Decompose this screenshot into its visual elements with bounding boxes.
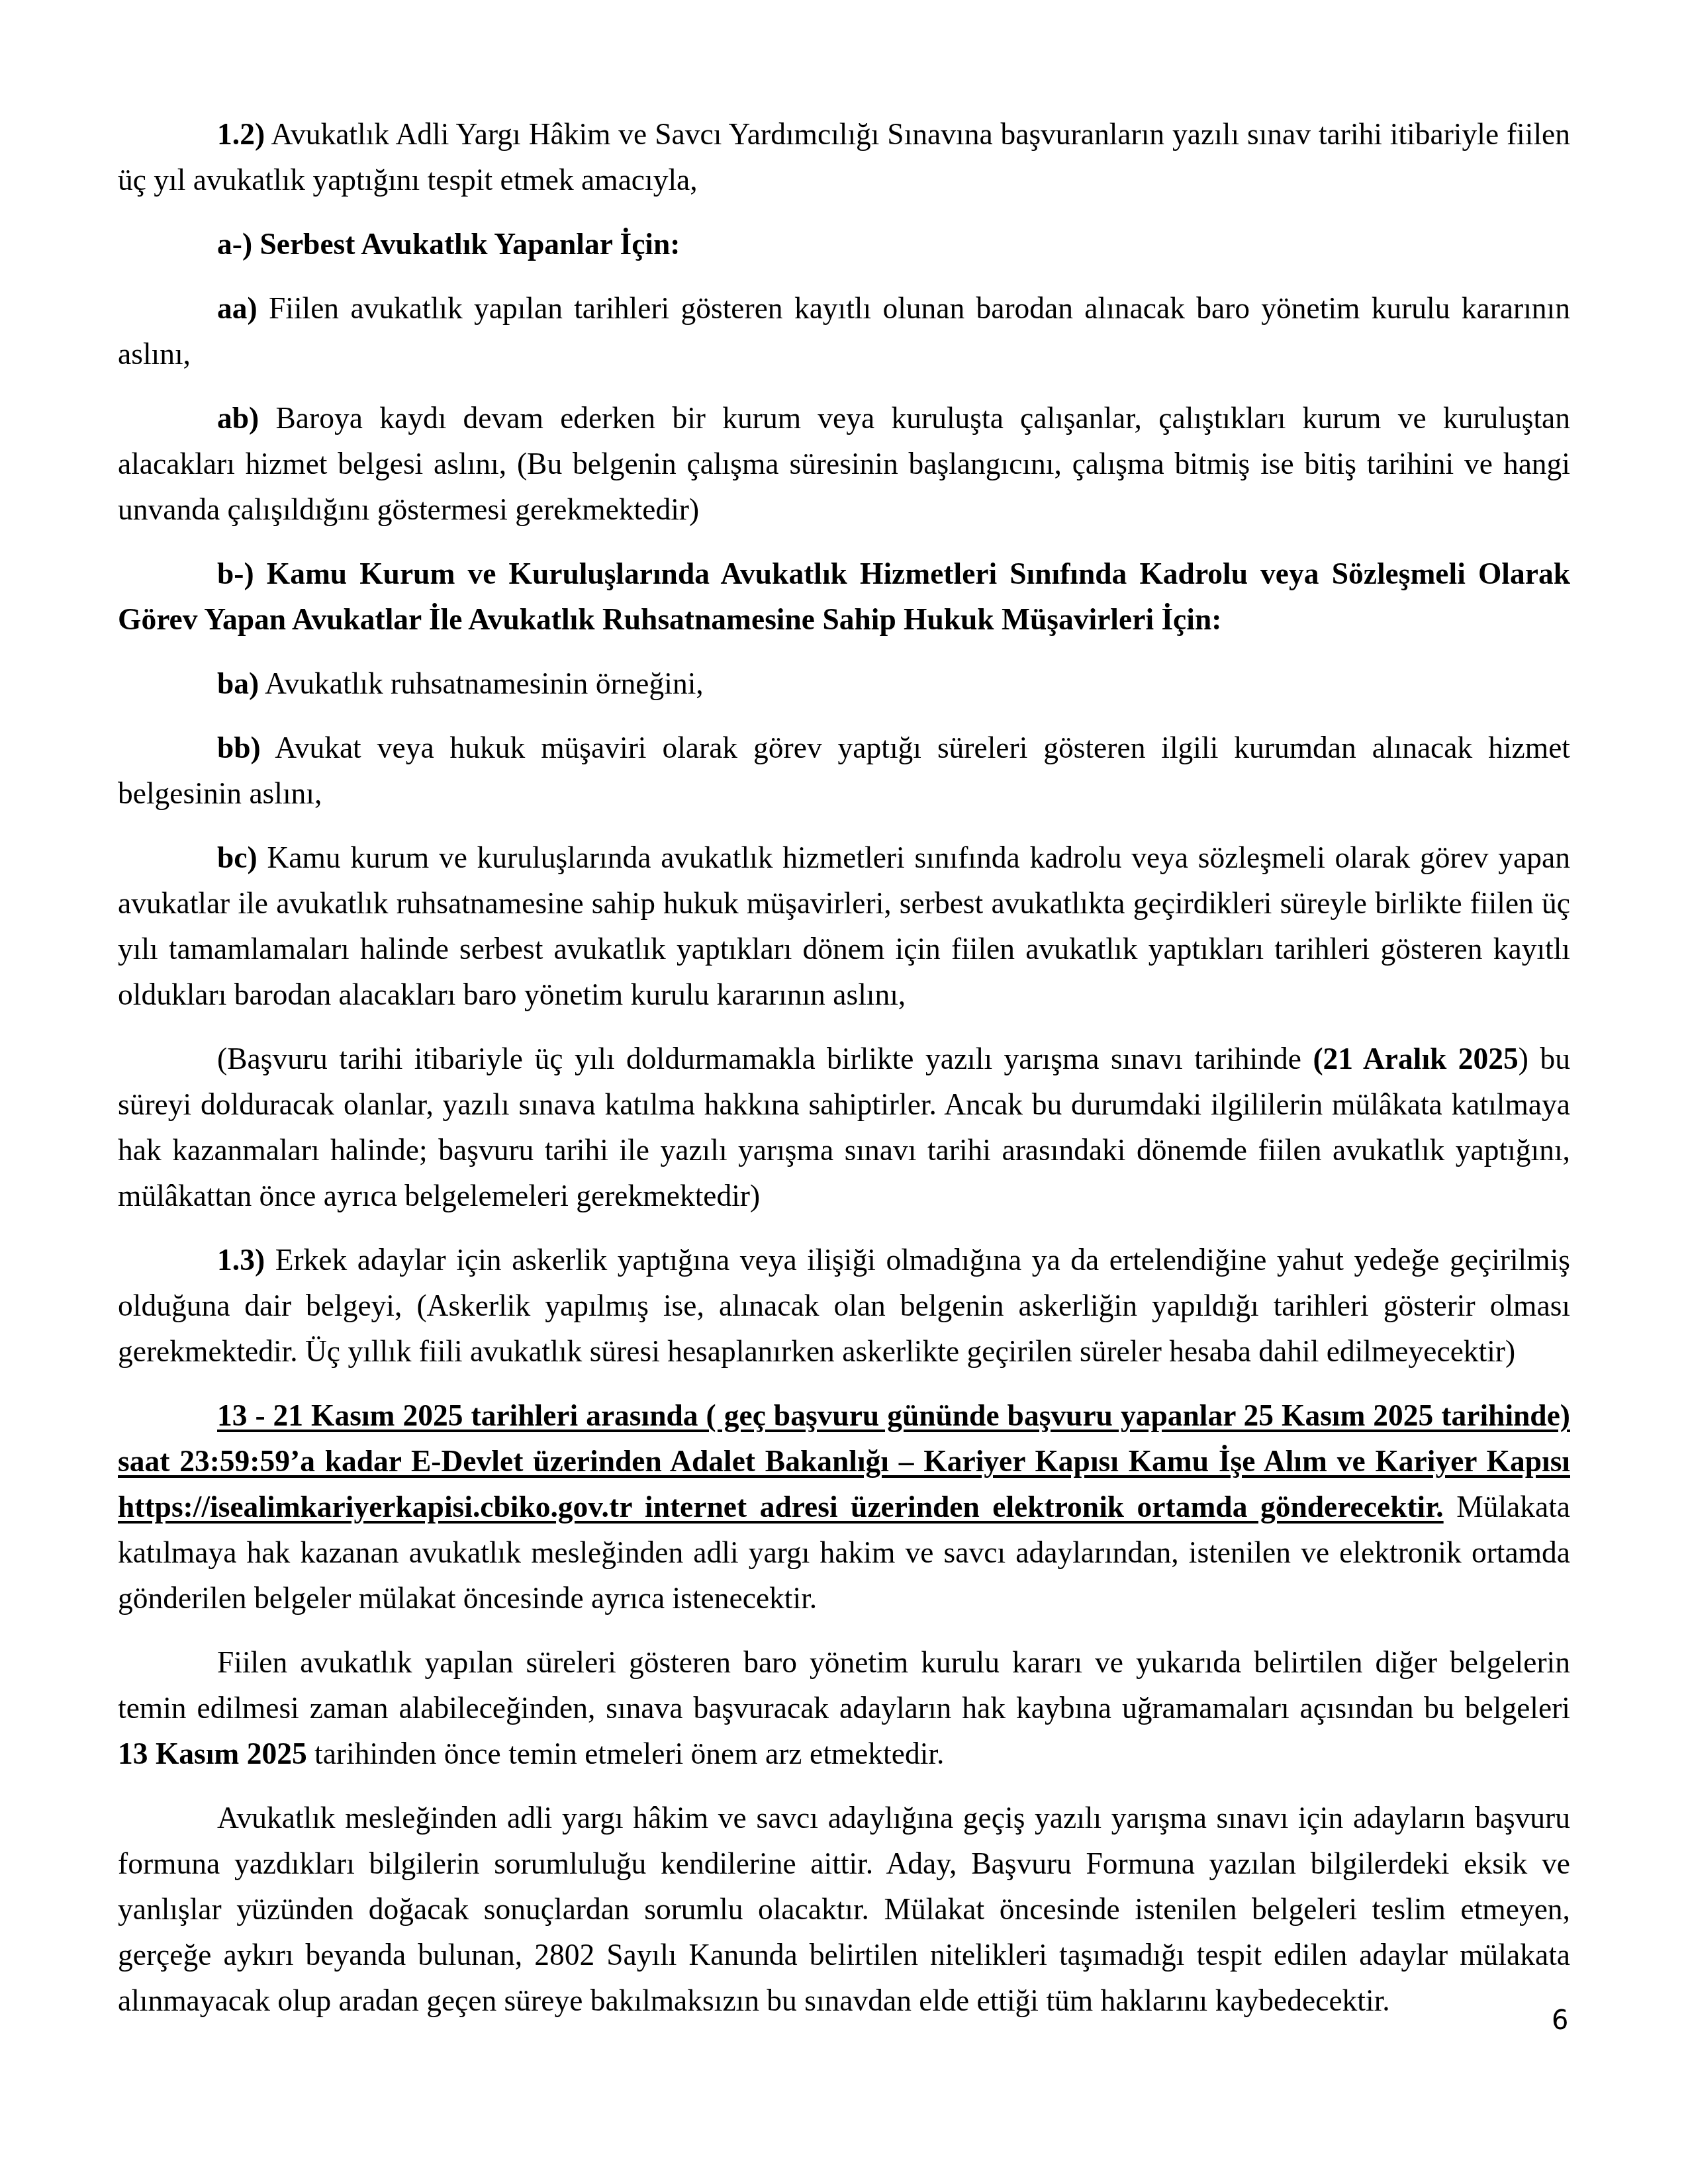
paragraph-text: Avukatlık Adli Yargı Hâkim ve Savcı Yard… — [118, 117, 1570, 197]
paragraph-text: Erkek adaylar için askerlik yaptığına ve… — [118, 1243, 1570, 1368]
paragraph-aa: aa) Fiilen avukatlık yapılan tarihleri g… — [118, 285, 1570, 377]
paragraph-text: tarihinden önce temin etmeleri önem arz … — [307, 1737, 945, 1770]
item-label: aa) — [217, 291, 258, 325]
paragraph-note: (Başvuru tarihi itibariyle üç yılı doldu… — [118, 1036, 1570, 1218]
item-label: ba) — [217, 666, 259, 700]
paragraph-responsibility: Avukatlık mesleğinden adli yargı hâkim v… — [118, 1795, 1570, 2023]
item-label: 1.3) — [217, 1243, 265, 1277]
paragraph-1-3: 1.3) Erkek adaylar için askerlik yaptığı… — [118, 1237, 1570, 1374]
paragraph-text: Avukatlık ruhsatnamesinin örneğini, — [259, 666, 703, 700]
item-label: ab) — [217, 401, 259, 435]
paragraph-ab: ab) Baroya kaydı devam ederken bir kurum… — [118, 395, 1570, 532]
paragraph-deadline: 13 - 21 Kasım 2025 tarihleri arasında ( … — [118, 1392, 1570, 1621]
paragraph-1-2: 1.2) Avukatlık Adli Yargı Hâkim ve Savcı… — [118, 111, 1570, 203]
document-page: 1.2) Avukatlık Adli Yargı Hâkim ve Savcı… — [118, 111, 1570, 2042]
document-date: 13 Kasım 2025 — [118, 1737, 307, 1770]
paragraph-ba: ba) Avukatlık ruhsatnamesinin örneğini, — [118, 660, 1570, 706]
paragraph-text: Kamu kurum ve kuruluşlarında avukatlık h… — [118, 841, 1570, 1011]
paragraph-advice: Fiilen avukatlık yapılan süreleri göster… — [118, 1639, 1570, 1776]
item-label: bb) — [217, 731, 261, 764]
paragraph-text: (Başvuru tarihi itibariyle üç yılı doldu… — [217, 1042, 1313, 1075]
paragraph-text: Fiilen avukatlık yapılan süreleri göster… — [118, 1645, 1570, 1725]
paragraph-text: Avukat veya hukuk müşaviri olarak görev … — [118, 731, 1570, 810]
paragraph-bc: bc) Kamu kurum ve kuruluşlarında avukatl… — [118, 835, 1570, 1017]
paragraph-text: Avukatlık mesleğinden adli yargı hâkim v… — [118, 1801, 1570, 2017]
page-number: 6 — [1552, 2005, 1568, 2036]
deadline-notice: 13 - 21 Kasım 2025 tarihleri arasında ( … — [118, 1398, 1570, 1524]
exam-date: (21 Aralık 2025 — [1313, 1042, 1518, 1075]
section-heading-a: a-) Serbest Avukatlık Yapanlar İçin: — [118, 221, 1570, 267]
item-label: bc) — [217, 841, 258, 874]
paragraph-text: Baroya kaydı devam ederken bir kurum vey… — [118, 401, 1570, 526]
section-heading-b: b-) Kamu Kurum ve Kuruluşlarında Avukatl… — [118, 551, 1570, 642]
paragraph-bb: bb) Avukat veya hukuk müşaviri olarak gö… — [118, 725, 1570, 816]
item-label: 1.2) — [217, 117, 265, 151]
paragraph-text: Fiilen avukatlık yapılan tarihleri göste… — [118, 291, 1570, 371]
